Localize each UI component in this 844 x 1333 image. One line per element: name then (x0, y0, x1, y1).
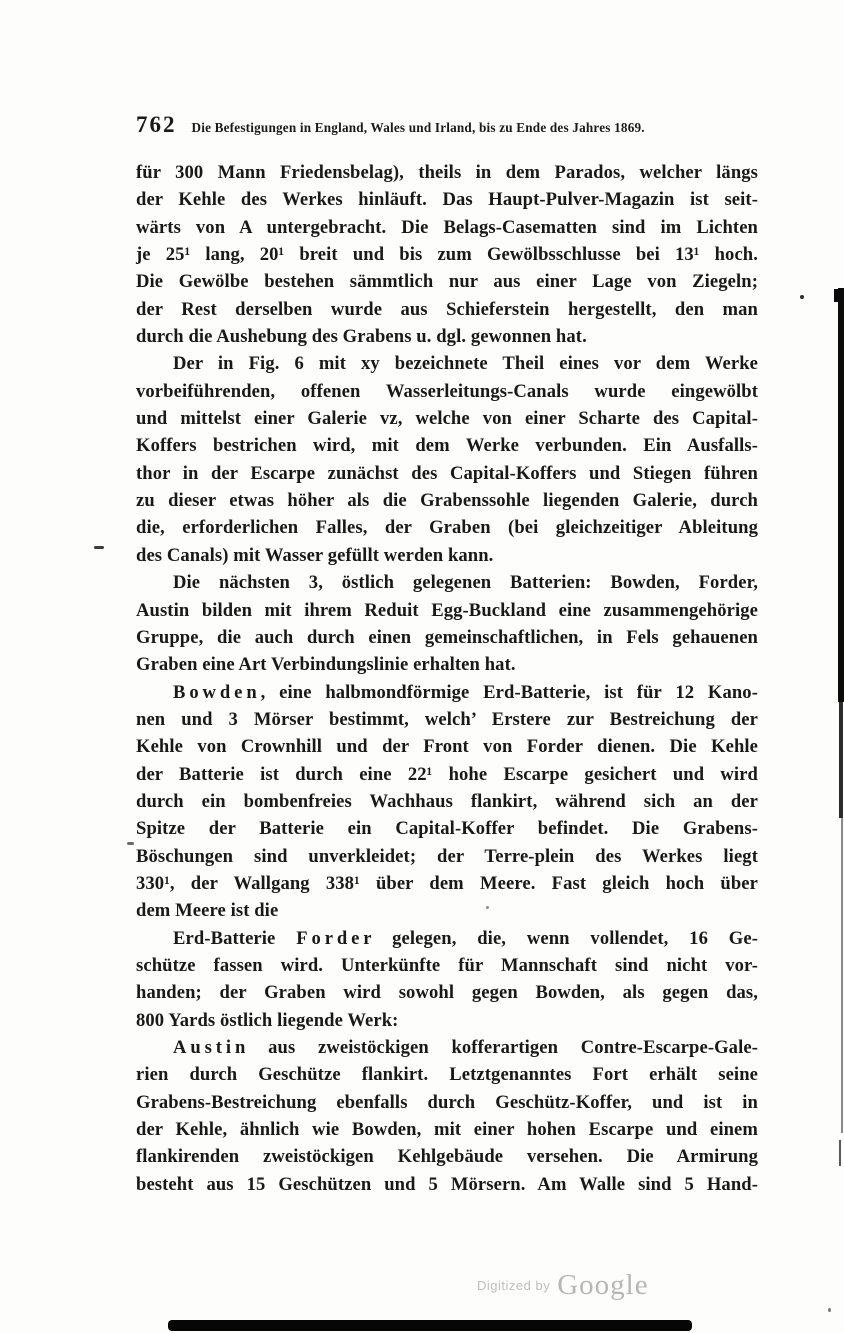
scan-artifact-dash-left-margin2 (127, 842, 134, 845)
scan-artifact-dash-left-margin (94, 546, 104, 549)
text-line: Erd-Batterie F o r d e r gelegen, die, w… (136, 925, 758, 952)
text-line: Der in Fig. 6 mit xy bezeichnete Theil e… (136, 350, 758, 377)
text-line: Graben eine Art Verbindungslinie erhalte… (136, 651, 758, 678)
digitized-by-label: Digitized by (477, 1278, 550, 1293)
text-line: nen und 3 Mörser bestimmt, welch’ Erster… (136, 706, 758, 733)
page-header: 762 Die Befestigungen in England, Wales … (136, 112, 758, 138)
text-line: Die Gewölbe bestehen sämmtlich nur aus e… (136, 268, 758, 295)
text-line: A u s t i n aus zweistöckigen kofferarti… (136, 1034, 758, 1061)
page-number: 762 (136, 112, 177, 138)
google-logo-text: Google (557, 1269, 648, 1302)
text-line: der Rest derselben wurde aus Schieferste… (136, 296, 758, 323)
text-line: der Batterie ist durch eine 22¹ hohe Esc… (136, 761, 758, 788)
text-line: der Kehle des Werkes hinläuft. Das Haupt… (136, 186, 758, 213)
scan-artifact-speck-bottom-right (828, 1308, 831, 1312)
scan-artifact-bottom-bar (168, 1320, 692, 1331)
text-line: rien durch Geschütze flankirt. Letztgena… (136, 1061, 758, 1088)
scan-artifact-right-edge-strip2 (839, 702, 843, 818)
text-line: je 25¹ lang, 20¹ breit und bis zum Gewöl… (136, 241, 758, 268)
text-line: thor in der Escarpe zunächst des Capital… (136, 460, 758, 487)
text-line: Die nächsten 3, östlich gelegenen Batter… (136, 569, 758, 596)
text-line: Böschungen sind unverkleidet; der Terre-… (136, 843, 758, 870)
text-line: und mittelst einer Galerie vz, welche vo… (136, 405, 758, 432)
text-line: 330¹, der Wallgang 338¹ über dem Meere. … (136, 870, 758, 897)
text-line: der Kehle, ähnlich wie Bowden, mit einer… (136, 1116, 758, 1143)
text-line: Spitze der Batterie ein Capital-Koffer b… (136, 815, 758, 842)
text-line: des Canals) mit Wasser gefüllt werden ka… (136, 542, 758, 569)
text-line: handen; der Graben wird sowohl gegen Bow… (136, 979, 758, 1006)
text-line: Austin bilden mit ihrem Reduit Egg-Buckl… (136, 597, 758, 624)
text-line: B o w d e n , eine halbmondförmige Erd-B… (136, 679, 758, 706)
google-watermark: Digitized by Google (477, 1268, 649, 1302)
scanned-book-page: 762 Die Befestigungen in England, Wales … (0, 0, 844, 1333)
text-line: durch die Aushebung des Grabens u. dgl. … (136, 323, 758, 350)
scan-artifact-right-hairline (841, 818, 843, 1133)
text-line: schütze fassen wird. Unterkünfte für Man… (136, 952, 758, 979)
scan-artifact-speck-middle (486, 906, 489, 909)
scan-artifact-speck-right (800, 295, 804, 299)
scan-artifact-right-edge-notch (834, 289, 844, 302)
text-line: zu dieser etwas höher als die Grabenssoh… (136, 487, 758, 514)
text-block: für 300 Mann Friedensbelag), theils in d… (136, 159, 758, 1198)
text-line: Gruppe, die auch durch einen gemeinschaf… (136, 624, 758, 651)
text-line: flankirenden zweistöckigen Kehlgebäude v… (136, 1143, 758, 1170)
scan-artifact-right-edge-strip (838, 288, 844, 702)
text-line: die, erforderlichen Falles, der Graben (… (136, 514, 758, 541)
text-line: Grabens-Bestreichung ebenfalls durch Ges… (136, 1089, 758, 1116)
text-line: wärts von A untergebracht. Die Belags-Ca… (136, 214, 758, 241)
running-title: Die Befestigungen in England, Wales und … (192, 120, 645, 136)
text-line: vorbeiführenden, offenen Wasserleitungs-… (136, 378, 758, 405)
scan-artifact-right-tick (839, 1140, 841, 1166)
text-line: Kehle von Crownhill und der Front von Fo… (136, 733, 758, 760)
text-line: besteht aus 15 Geschützen und 5 Mörsern.… (136, 1171, 758, 1198)
text-line: Koffers bestrichen wird, mit dem Werke v… (136, 432, 758, 459)
text-line: 800 Yards östlich liegende Werk: (136, 1007, 758, 1034)
text-line: durch ein bombenfreies Wachhaus flankirt… (136, 788, 758, 815)
text-line: für 300 Mann Friedensbelag), theils in d… (136, 159, 758, 186)
text-line: dem Meere ist die (136, 897, 758, 924)
